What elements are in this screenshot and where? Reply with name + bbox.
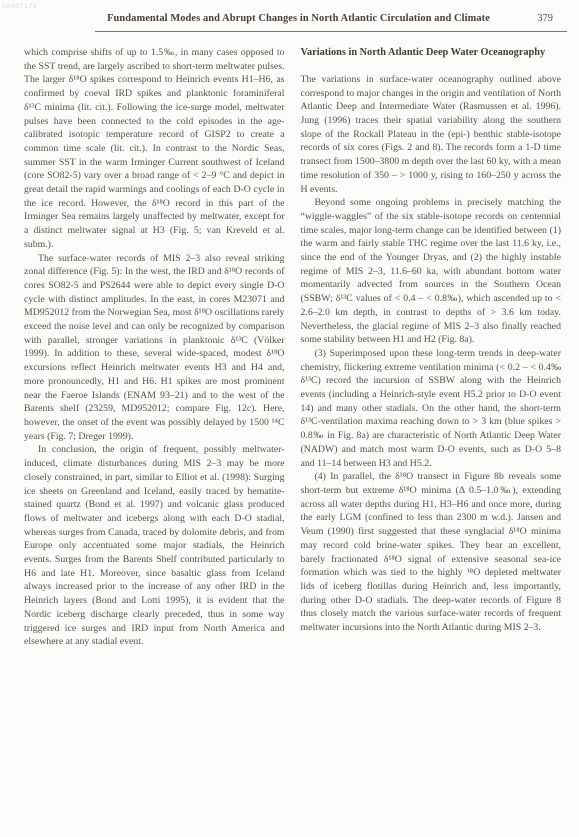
paragraph: which comprise shifts of up to 1.5‰, in … — [24, 46, 285, 252]
paragraph: The surface-water records of MIS 2–3 als… — [24, 252, 285, 444]
right-column: Variations in North Atlantic Deep Water … — [301, 46, 562, 649]
left-column: which comprise shifts of up to 1.5‰, in … — [24, 46, 285, 649]
paragraph: (3) Superimposed upon these long-term tr… — [301, 347, 562, 470]
running-head: Fundamental Modes and Abrupt Changes in … — [60, 13, 567, 28]
scanned-paper-page: 00007179 Fundamental Modes and Abrupt Ch… — [0, 0, 579, 837]
header-rule — [95, 31, 567, 32]
paragraph: (4) In parallel, the δ¹⁸O transect in Fi… — [301, 470, 562, 634]
two-column-body: which comprise shifts of up to 1.5‰, in … — [24, 46, 561, 649]
paragraph: The variations in surface-water oceanogr… — [301, 73, 562, 196]
page-number: 379 — [537, 13, 553, 24]
scan-artifact-number: 00007179 — [2, 3, 37, 10]
running-head-title: Fundamental Modes and Abrupt Changes in … — [60, 13, 567, 24]
section-heading: Variations in North Atlantic Deep Water … — [301, 46, 562, 60]
paragraph: In conclusion, the origin of frequent, p… — [24, 443, 285, 649]
paragraph: Beyond some ongoing problems in precisel… — [301, 196, 562, 347]
